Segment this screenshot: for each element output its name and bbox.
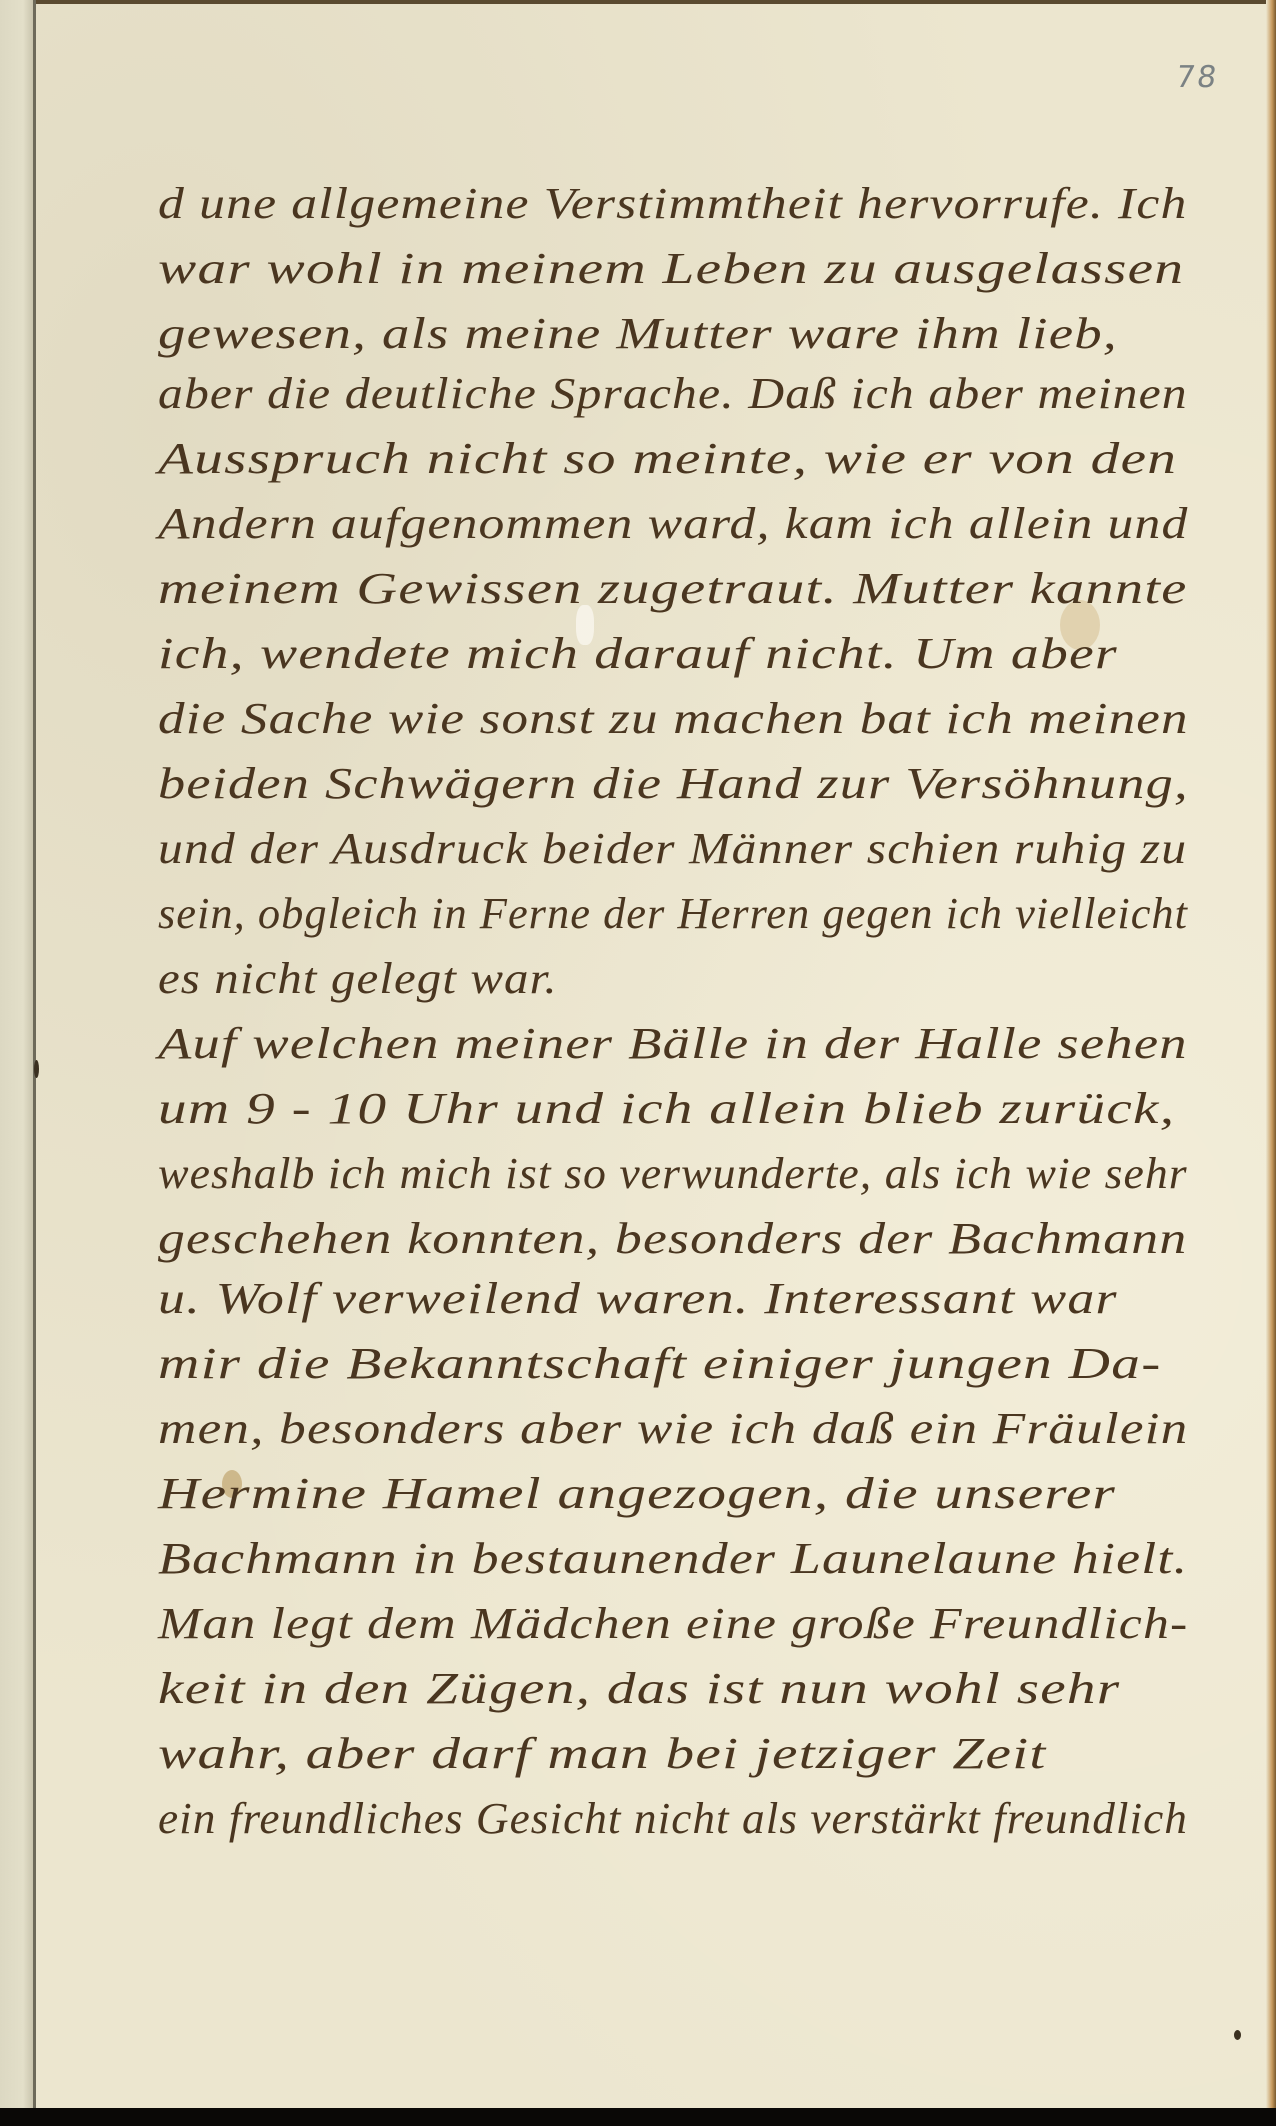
handwritten-line: Ausspruch nicht so meinte, wie er von de… [158,433,1177,484]
handwritten-line: und der Ausdruck beider Männer schien ru… [158,823,1187,874]
ink-dot [1234,2030,1241,2040]
handwritten-line: die Sache wie sonst zu machen bat ich me… [158,693,1189,744]
handwritten-line: geschehen konnten, besonders der Bachman… [158,1213,1187,1264]
page-right-edge [1266,0,1276,2108]
handwritten-line: Hermine Hamel angezogen, die unserer [158,1468,1116,1519]
handwritten-line: war wohl in meinem Leben zu ausgelassen [158,243,1184,294]
folio-number: 78 [1174,60,1221,95]
handwritten-line: men, besonders aber wie ich daß ein Fräu… [158,1403,1188,1454]
handwritten-line: keit in den Zügen, das ist nun wohl sehr [158,1663,1120,1714]
handwritten-line: wahr, aber darf man bei jetziger Zeit [158,1728,1047,1779]
handwritten-line: d une allgemeine Verstimmtheit hervorruf… [158,178,1188,229]
handwritten-line: um 9 - 10 Uhr und ich allein blieb zurüc… [158,1083,1175,1134]
handwritten-line: Andern aufgenommen ward, kam ich allein … [158,498,1188,549]
handwritten-line: Man legt dem Mädchen eine große Freundli… [158,1598,1188,1649]
ink-dot [34,1060,39,1078]
handwritten-line: es nicht gelegt war. [158,953,558,1004]
handwritten-line: meinem Gewissen zugetraut. Mutter kannte [158,563,1188,614]
page-top-edge [36,0,1276,4]
handwritten-line: u. Wolf verweilend waren. Interessant wa… [158,1273,1118,1324]
handwritten-line: Auf welchen meiner Bälle in der Halle se… [158,1018,1188,1069]
handwritten-line: weshalb ich mich ist so verwunderte, als… [158,1148,1188,1199]
handwritten-line: ein freundliches Gesicht nicht als verst… [158,1793,1188,1844]
handwritten-line: gewesen, als meine Mutter ware ihm lieb, [158,308,1118,359]
handwritten-line: sein, obgleich in Ferne der Herren gegen… [158,888,1188,939]
handwritten-line: beiden Schwägern die Hand zur Versöhnung… [158,758,1189,809]
handwritten-line: aber die deutliche Sprache. Daß ich aber… [158,368,1188,419]
manuscript-scan: 78 d une allgemeine Verstimmtheit hervor… [0,0,1276,2108]
handwritten-line: Bachmann in bestaunender Launelaune hiel… [158,1533,1188,1584]
facing-page-edge [0,0,33,2108]
handwritten-line: ich, wendete mich darauf nicht. Um aber [158,628,1118,679]
handwritten-line: mir die Bekanntschaft einiger jungen Da- [158,1338,1162,1389]
